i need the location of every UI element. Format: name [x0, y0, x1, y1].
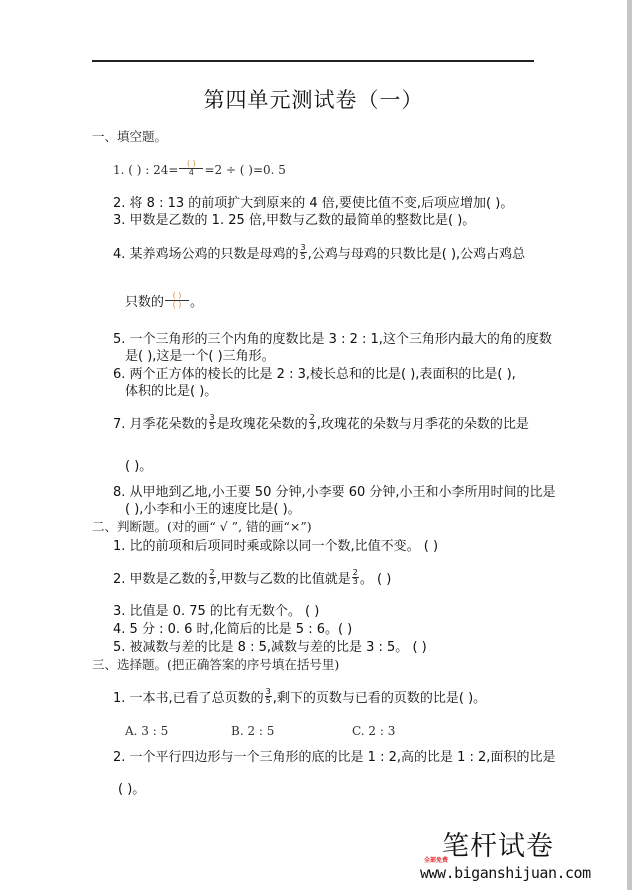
page-title: 第四单元测试卷（一） — [0, 84, 627, 114]
question-2-2: 2. 甲数是乙数的23,甲数与乙数的比值就是23。 ( ) — [113, 571, 391, 588]
q-suffix: =2 ÷ ( )=0. 5 — [204, 163, 286, 177]
option-b: B. 2 : 5 — [231, 723, 274, 739]
question-1-5: 5. 一个三角形的三个内角的度数比是 3 : 2 : 1,这个三角形内最大的角的… — [113, 332, 552, 348]
option-c: C. 2 : 3 — [352, 723, 395, 739]
question-1-8: 8. 从甲地到乙地,小王要 50 分钟,小李要 60 分钟,小王和小李所用时间的… — [113, 485, 556, 501]
fraction-2-3: 23 — [209, 569, 216, 586]
question-1-6: 6. 两个正方体的棱长的比是 2 : 3,棱长总和的比是( ),表面积的比是( … — [113, 367, 516, 383]
question-1-6-continued: 体积的比是( )。 — [125, 384, 217, 400]
question-1-4: 4. 某养鸡场公鸡的只数是母鸡的35,公鸡与母鸡的只数比是( ),公鸡占鸡总 — [113, 246, 525, 263]
fraction-3-5: 35 — [265, 688, 272, 705]
question-1-2: 2. 将 8 : 13 的前项扩大到原来的 4 倍,要使比值不变,后项应增加( … — [113, 196, 513, 212]
question-2-3: 3. 比值是 0. 75 的比有无数个。 ( ) — [113, 604, 319, 620]
question-1-7-continued: ( )。 — [125, 459, 152, 475]
fraction-3-5: 35 — [300, 244, 307, 261]
question-1-5-continued: 是( ),这是一个( )三角形。 — [125, 349, 275, 365]
question-1-4-continued: 只数的( )( )。 — [125, 294, 203, 311]
question-1-1: 1. ( ) : 24=( )4=2 ÷ ( )=0. 5 — [113, 162, 286, 179]
fraction-blank: ( )( ) — [165, 292, 189, 309]
fraction-2-3: 23 — [309, 414, 316, 431]
section-heading-true-false: 二、判断题。(对的画“ √ ”, 错的画“×”) — [92, 519, 312, 535]
header-rule — [92, 60, 534, 62]
question-1-3: 3. 甲数是乙数的 1. 25 倍,甲数与乙数的最简单的整数比是( )。 — [113, 213, 475, 229]
fraction-2-3: 23 — [352, 569, 359, 586]
question-3-2: 2. 一个平行四边形与一个三角形的底的比是 1 : 2,高的比是 1 : 2,面… — [113, 750, 555, 766]
fraction-blank: ( )4 — [179, 160, 203, 177]
question-1-7: 7. 月季花朵数的35是玫瑰花朵数的23,玫瑰花的朵数与月季花的朵数的比是 — [113, 416, 529, 433]
question-2-4: 4. 5 分 : 0. 6 时,化简后的比是 5 : 6。( ) — [113, 622, 352, 638]
fraction-3-5: 35 — [209, 414, 216, 431]
page-edge-strip — [627, 0, 632, 890]
q-prefix: 1. ( ) : 24= — [113, 163, 178, 177]
question-1-8-continued: ( ),小李和小王的速度比是( )。 — [125, 502, 301, 518]
watermark-brand: 笔杆试卷 — [442, 832, 554, 862]
section-heading-multiple-choice: 三、选择题。(把正确答案的序号填在括号里) — [92, 657, 339, 673]
option-a: A. 3 : 5 — [125, 723, 168, 739]
question-3-1: 1. 一本书,已看了总页数的35,剩下的页数与已看的页数的比是( )。 — [113, 690, 486, 707]
question-2-1: 1. 比的前项和后项同时乘或除以同一个数,比值不变。 ( ) — [113, 539, 438, 555]
question-2-5: 5. 被减数与差的比是 8 : 5,减数与差的比是 3 : 5。 ( ) — [113, 640, 427, 656]
question-3-2-continued: ( )。 — [118, 782, 145, 798]
section-heading-fill-blank: 一、填空题。 — [92, 129, 167, 145]
watermark-url: www.biganshijuan.com — [420, 864, 591, 882]
